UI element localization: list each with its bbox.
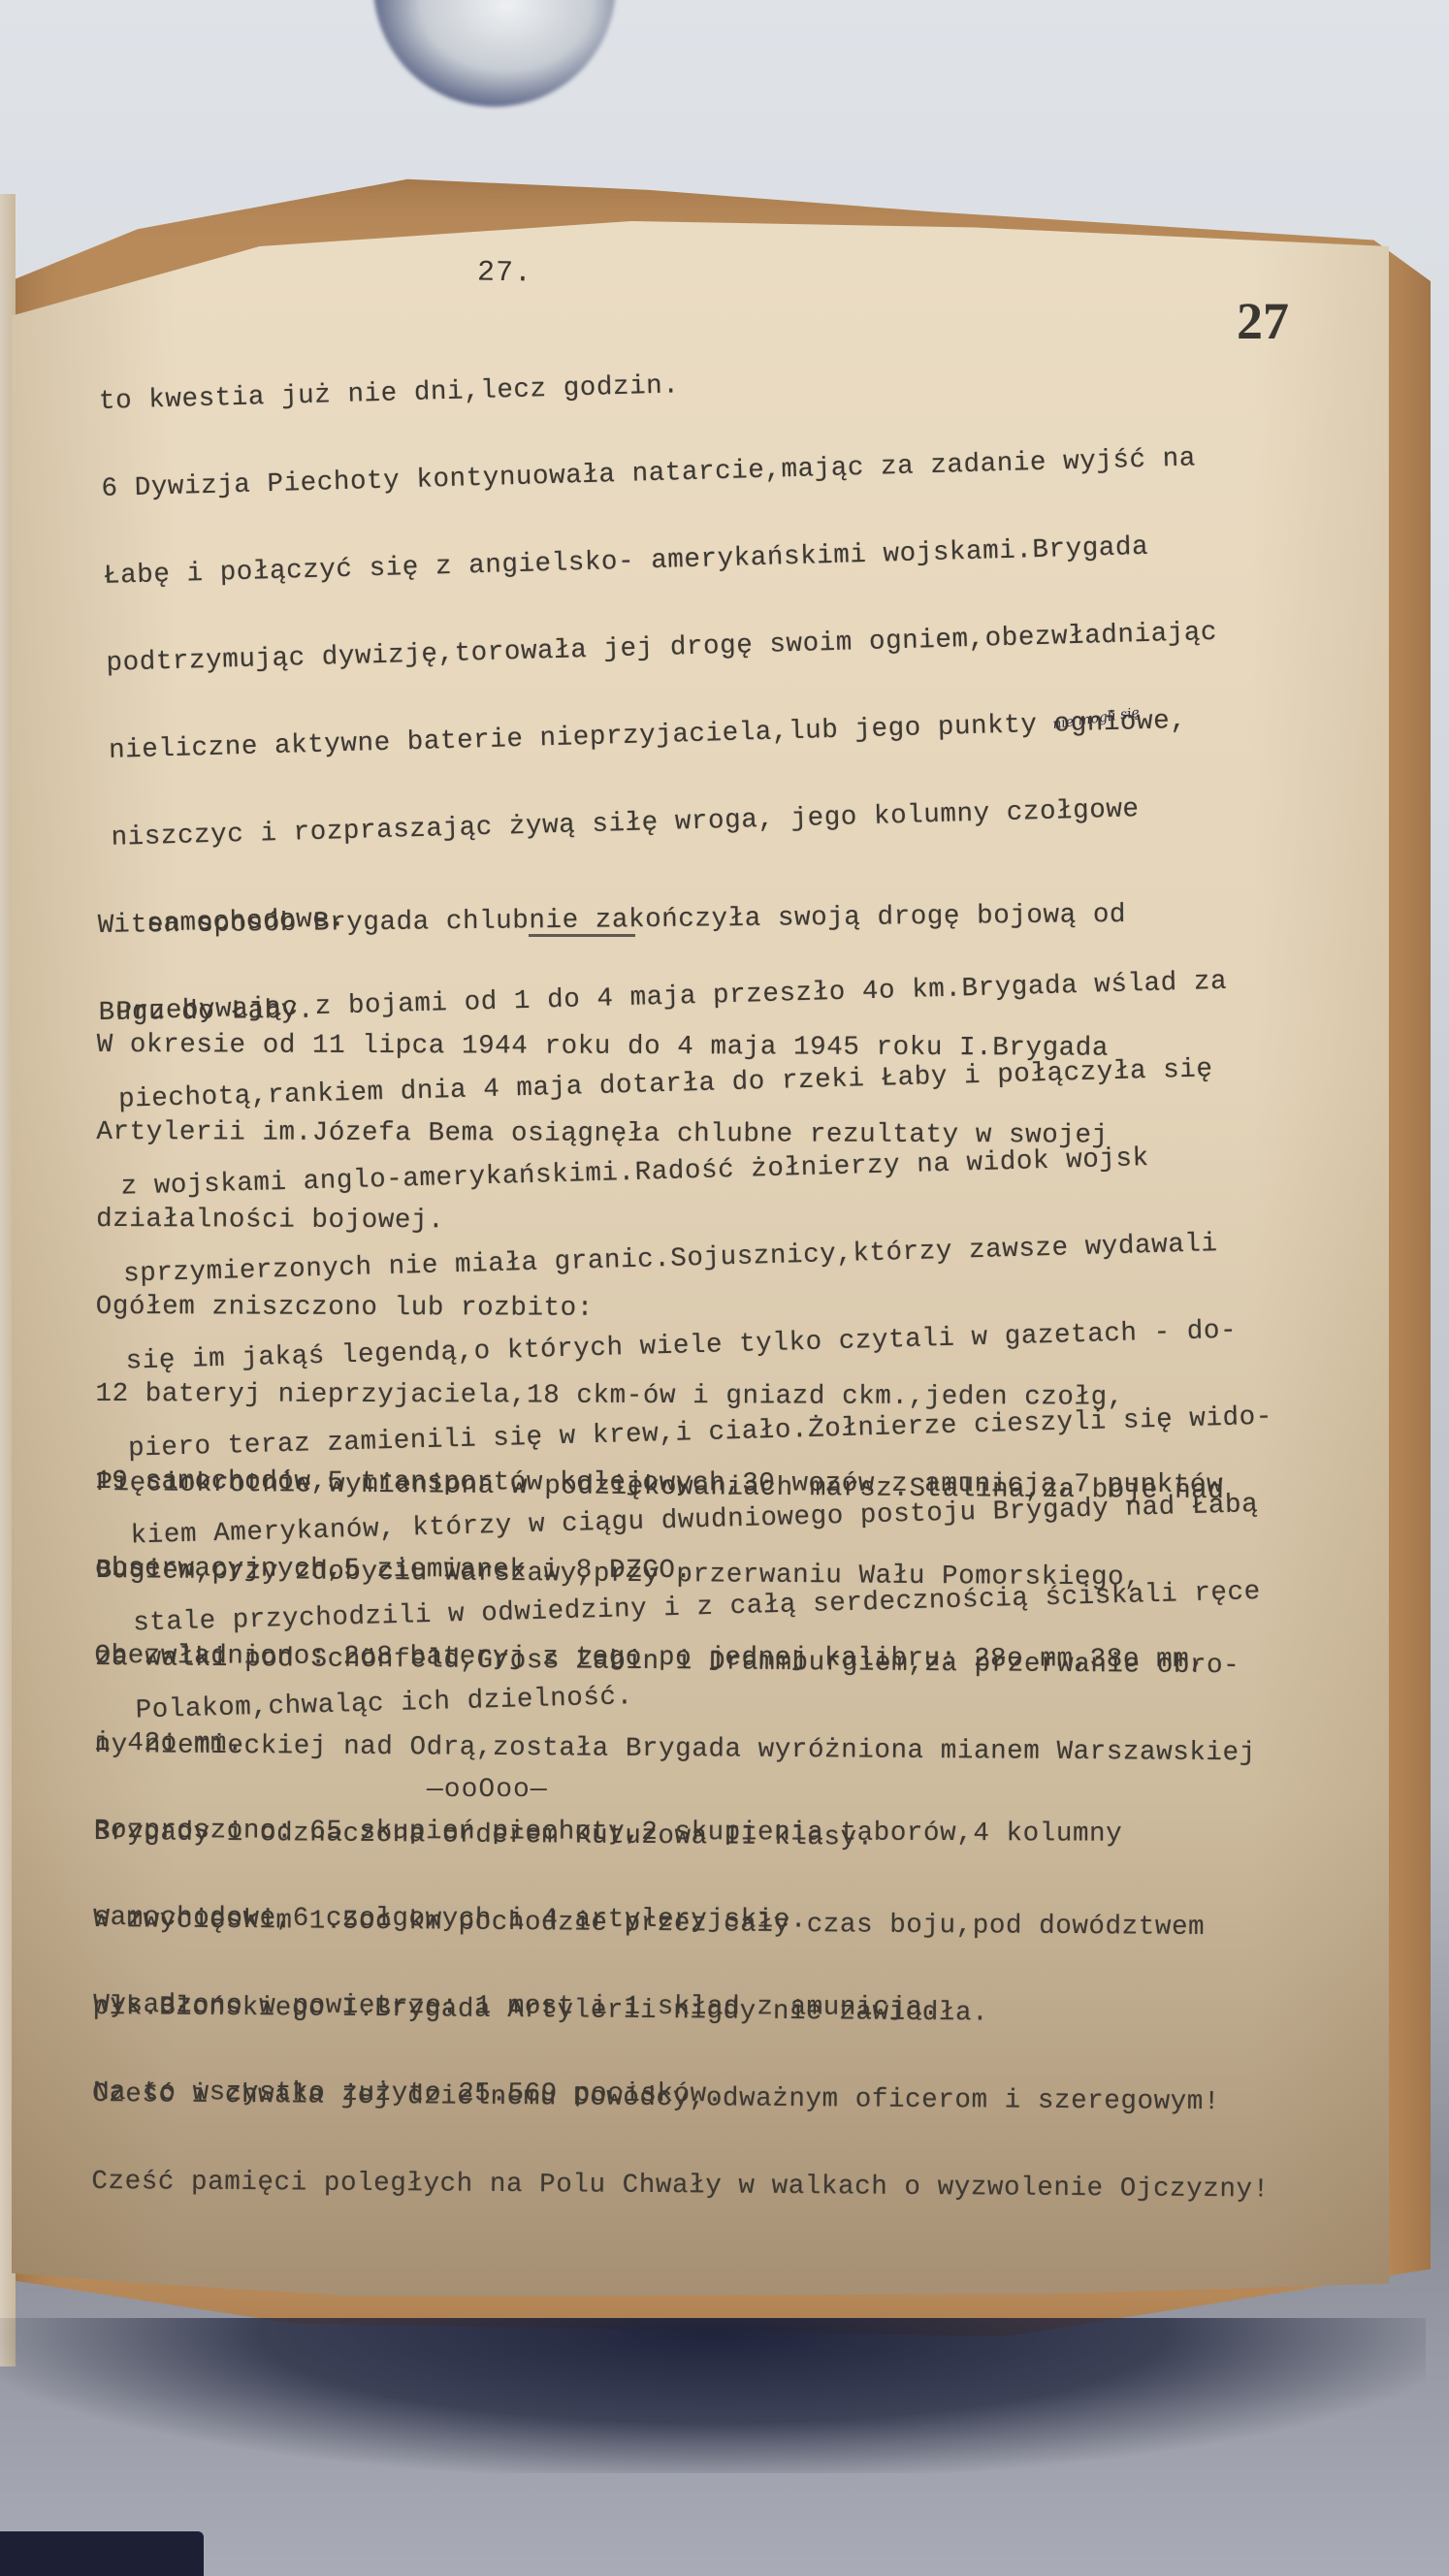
corner-object	[0, 2531, 204, 2576]
page-number-typed: 27.	[477, 257, 533, 291]
text-line: ny niemieckiej nad Odrą,została Brygada …	[94, 1731, 1384, 1769]
text-line: działalności bojowej.	[96, 1206, 1386, 1240]
text-line: Cześć pamięci poległych na Polu Chwały w…	[91, 2168, 1381, 2206]
text-line: W zwycięskim 1.5oo km pochodzie przez ca…	[93, 1906, 1383, 1944]
text-line: Ogółem zniszczono lub rozbito:	[96, 1293, 1386, 1327]
text-line: Łabę i połączyć się z angielsko- ameryka…	[104, 527, 1394, 592]
text-line: podtrzymując dywizję,torowała jej drogę …	[106, 614, 1396, 679]
text-line: W okresie od 11 lipca 1944 roku do 4 maj…	[97, 1031, 1387, 1065]
section-divider	[529, 934, 635, 937]
desk-object	[373, 0, 616, 107]
text-line: Artylerii im.Józefa Bema osiągnęła chlub…	[96, 1118, 1386, 1152]
text-line: 12 bateryj nieprzyjaciela,18 ckm-ów i gn…	[95, 1380, 1385, 1414]
text-line: Bugiem,przy zdobyciu Warszawy,przy przer…	[96, 1557, 1386, 1594]
text-line: płk.Błońskiego I.Brygada Artylerii nigdy…	[93, 1993, 1383, 2031]
folder-shadow	[0, 2318, 1426, 2473]
text-line: W ten sposób Brygada chlubnie zakończyła…	[98, 898, 1388, 941]
text-line: to kwestia już nie dni,lecz godzin.	[99, 352, 1389, 417]
end-mark: —ooOoo—	[427, 1775, 548, 1805]
text-line: nieliczne aktywne baterie nieprzyjaciela…	[109, 701, 1399, 766]
text-line: Cześć i chwała jej dzielnemu Dowódcy,odw…	[92, 2080, 1382, 2118]
text-line: 6 Dywizja Piechoty kontynuowała natarcie…	[101, 439, 1391, 504]
text-line: Brygady i odznaczona orderem Kutuzowa II…	[94, 1819, 1384, 1856]
paragraph-honours: Pięciokrotnie wymieniona w podziękowania…	[91, 1411, 1387, 2235]
text-line: Pięciokrotnie wymieniona w podziękowania…	[96, 1469, 1386, 1507]
text-line: za walki pod Schönfeld,Gross Zabin i Dra…	[95, 1644, 1385, 1682]
